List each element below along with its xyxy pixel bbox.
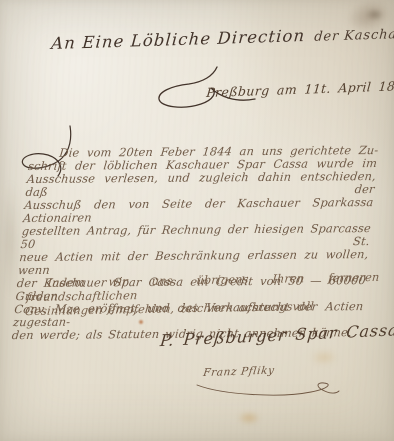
personal-signature: Franz Pfliky: [203, 365, 276, 380]
letter-page: An Eine Löbliche Direction der Kaschauer…: [0, 0, 394, 441]
letter-heading: An Eine Löbliche Direction der Kaschauer…: [51, 20, 394, 53]
paper-stain-right: [310, 350, 338, 365]
heading-recipient: An Eine Löbliche Direction: [51, 26, 306, 53]
heading-institution: der Kaschauer Spar Cassa: [314, 24, 394, 45]
paper-stain-smudge-core: [366, 8, 384, 21]
paper-stain-bottom: [237, 411, 261, 425]
signature-underline-flourish: [193, 381, 343, 403]
dateline: Preßburg am 11t. April 1844.: [206, 78, 394, 100]
closing-paragraph: Indem wir uns übrigens Ihren ferneren fr…: [24, 271, 380, 319]
paper-stain-left: [2, 180, 18, 300]
